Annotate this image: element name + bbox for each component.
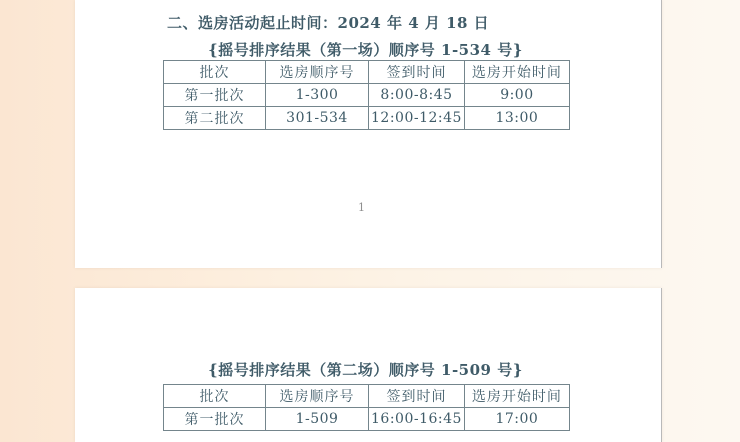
table-header-selection-order: 选房顺序号 (266, 385, 369, 408)
table-cell-batch: 第一批次 (164, 408, 266, 431)
table-cell-start-time: 17:00 (464, 408, 569, 431)
table-cell-start-time: 13:00 (464, 107, 569, 130)
lottery-result-subtitle-session-1: {摇号排序结果（第一场）顺序号 1-534 号} (163, 39, 568, 60)
page-number: 1 (358, 201, 365, 214)
table-cell-batch: 第二批次 (164, 107, 266, 130)
table-header-batch: 批次 (164, 385, 266, 408)
table-header-checkin-time: 签到时间 (369, 385, 465, 408)
document-page-1: 二、选房活动起止时间：2024 年 4 月 18 日 {摇号排序结果（第一场）顺… (75, 0, 662, 268)
batch-schedule-table-session-2: 批次 选房顺序号 签到时间 选房开始时间 第一批次 1-509 16:00-16… (163, 384, 570, 431)
table-header-start-time: 选房开始时间 (464, 61, 569, 84)
section-heading: 二、选房活动起止时间：2024 年 4 月 18 日 (167, 12, 489, 33)
table-cell-order-range: 301-534 (266, 107, 369, 130)
table-cell-start-time: 9:00 (464, 84, 569, 107)
table-row: 第一批次 1-509 16:00-16:45 17:00 (164, 408, 570, 431)
table-cell-batch: 第一批次 (164, 84, 266, 107)
table-cell-checkin-time: 12:00-12:45 (369, 107, 465, 130)
table-cell-order-range: 1-509 (266, 408, 369, 431)
scanned-document-viewer: 二、选房活动起止时间：2024 年 4 月 18 日 {摇号排序结果（第一场）顺… (0, 0, 740, 442)
table-header-selection-order: 选房顺序号 (266, 61, 369, 84)
document-page-2: {摇号排序结果（第二场）顺序号 1-509 号} 批次 选房顺序号 签到时间 选… (75, 288, 662, 442)
table-row: 第二批次 301-534 12:00-12:45 13:00 (164, 107, 570, 130)
table-row: 第一批次 1-300 8:00-8:45 9:00 (164, 84, 570, 107)
table-cell-checkin-time: 16:00-16:45 (369, 408, 465, 431)
table-header-checkin-time: 签到时间 (369, 61, 465, 84)
table-header-start-time: 选房开始时间 (464, 385, 569, 408)
table-header-row: 批次 选房顺序号 签到时间 选房开始时间 (164, 385, 570, 408)
table-header-row: 批次 选房顺序号 签到时间 选房开始时间 (164, 61, 570, 84)
table-header-batch: 批次 (164, 61, 266, 84)
table-cell-order-range: 1-300 (266, 84, 369, 107)
table-cell-checkin-time: 8:00-8:45 (369, 84, 465, 107)
lottery-result-subtitle-session-2: {摇号排序结果（第二场）顺序号 1-509 号} (163, 359, 568, 380)
batch-schedule-table-session-1: 批次 选房顺序号 签到时间 选房开始时间 第一批次 1-300 8:00-8:4… (163, 60, 570, 130)
